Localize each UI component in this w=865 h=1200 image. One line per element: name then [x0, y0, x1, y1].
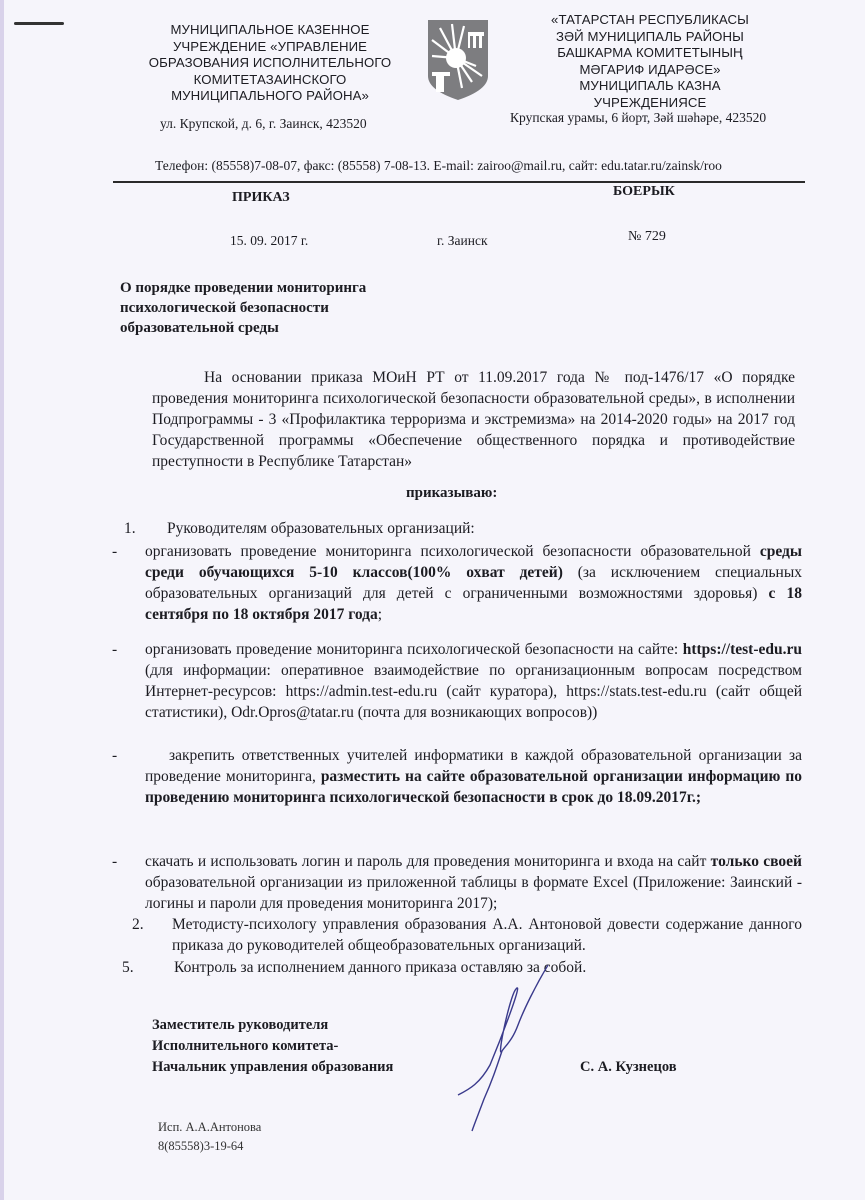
list-item-bullet-3: - закрепить ответственных учителей инфор…: [112, 745, 802, 850]
header-left-line: МУНИЦИПАЛЬНОГО РАЙОНА»: [135, 88, 405, 105]
item-marker: -: [112, 745, 117, 766]
header-left-line: КОМИТЕТАЗАИНСКОГО: [135, 72, 405, 89]
signatory-line: Начальник управления образования: [152, 1057, 393, 1078]
header-right-line: БАШКАРМА КОМИТЕТЫНЫҢ: [500, 45, 800, 62]
item-marker: 1.: [124, 518, 136, 539]
header-right-address: Крупская урамы, 6 йорт, Зәй шәһәре, 4235…: [510, 110, 766, 126]
executor-name: Исп. А.А.Антонова: [158, 1118, 261, 1137]
item-marker: -: [112, 541, 117, 562]
doc-type-tt: БОЕРЫК: [613, 184, 675, 200]
margin-mark: [14, 22, 64, 25]
preamble: На основании приказа МОиН РТ от 11.09.20…: [152, 367, 795, 472]
item-text: организовать проведение мониторинга псих…: [145, 541, 802, 625]
item-marker: -: [112, 851, 117, 872]
item-text: Руководителям образовательных организаци…: [167, 518, 802, 539]
signatory-name: С. А. Кузнецов: [580, 1057, 677, 1078]
contacts-line: Телефон: (85558)7-08-07, факс: (85558) 7…: [155, 158, 722, 174]
list-item-bullet-4: - скачать и использовать логин и пароль …: [112, 851, 802, 916]
item-text: закрепить ответственных учителей информа…: [145, 745, 802, 808]
doc-number: № 729: [628, 229, 666, 245]
list-item-1: 1. Руководителям образовательных организ…: [112, 518, 802, 540]
header-right-line: «ТАТАРСТАН РЕСПУБЛИКАСЫ: [500, 12, 800, 29]
doc-type-ru: ПРИКАЗ: [232, 190, 290, 206]
item-marker: 2.: [132, 914, 144, 935]
header-left-org: МУНИЦИПАЛЬНОЕ КАЗЕННОЕ УЧРЕЖДЕНИЕ «УПРАВ…: [135, 22, 405, 105]
header-divider: [113, 181, 805, 183]
list-item-2: 2. Методисту-психологу управления образо…: [112, 914, 802, 958]
header-right-org: «ТАТАРСТАН РЕСПУБЛИКАСЫ ЗӘЙ МУНИЦИПАЛЬ Р…: [500, 12, 800, 111]
item-marker: 5.: [122, 957, 134, 978]
doc-title: О порядке проведении мониторинга психоло…: [120, 278, 366, 338]
signature-image: [440, 965, 560, 1140]
item-marker: -: [112, 639, 117, 660]
header-left-line: УЧРЕЖДЕНИЕ «УПРАВЛЕНИЕ: [135, 39, 405, 56]
executor-phone: 8(85558)3-19-64: [158, 1137, 261, 1156]
header-right-line: УЧРЕЖДЕНИЯСЕ: [500, 95, 800, 112]
doc-city: г. Заинск: [437, 233, 488, 249]
list-item-bullet-1: - организовать проведение мониторинга пс…: [112, 541, 802, 646]
signatory-title: Заместитель руководителя Исполнительного…: [152, 1015, 393, 1078]
item-text: Методисту-психологу управления образован…: [172, 914, 802, 956]
executor-info: Исп. А.А.Антонова 8(85558)3-19-64: [158, 1118, 261, 1156]
title-line: образовательной среды: [120, 318, 366, 338]
header-right-line: МУНИЦИПАЛЬ КАЗНА: [500, 78, 800, 95]
scan-edge: [0, 0, 4, 1200]
signatory-line: Исполнительного комитета-: [152, 1036, 393, 1057]
header-left-line: МУНИЦИПАЛЬНОЕ КАЗЕННОЕ: [135, 22, 405, 39]
header-left-line: ОБРАЗОВАНИЯ ИСПОЛНИТЕЛЬНОГО: [135, 55, 405, 72]
header-right-line: ЗӘЙ МУНИЦИПАЛЬ РАЙОНЫ: [500, 29, 800, 46]
item-text: скачать и использовать логин и пароль дл…: [145, 851, 802, 914]
signatory-line: Заместитель руководителя: [152, 1015, 393, 1036]
item-text: организовать проведение мониторинга псих…: [145, 639, 802, 723]
header-right-line: МӘГАРИФ ИДАРӘСЕ»: [500, 62, 800, 79]
coat-of-arms-icon: [426, 18, 490, 102]
title-line: О порядке проведении мониторинга: [120, 278, 366, 298]
title-line: психологической безопасности: [120, 298, 366, 318]
doc-date: 15. 09. 2017 г.: [230, 233, 308, 249]
order-word: приказываю:: [406, 485, 497, 502]
header-left-address: ул. Крупской, д. 6, г. Заинск, 423520: [160, 116, 367, 132]
list-item-bullet-2: - организовать проведение мониторинга пс…: [112, 639, 802, 749]
preamble-text: На основании приказа МОиН РТ от 11.09.20…: [152, 369, 795, 470]
